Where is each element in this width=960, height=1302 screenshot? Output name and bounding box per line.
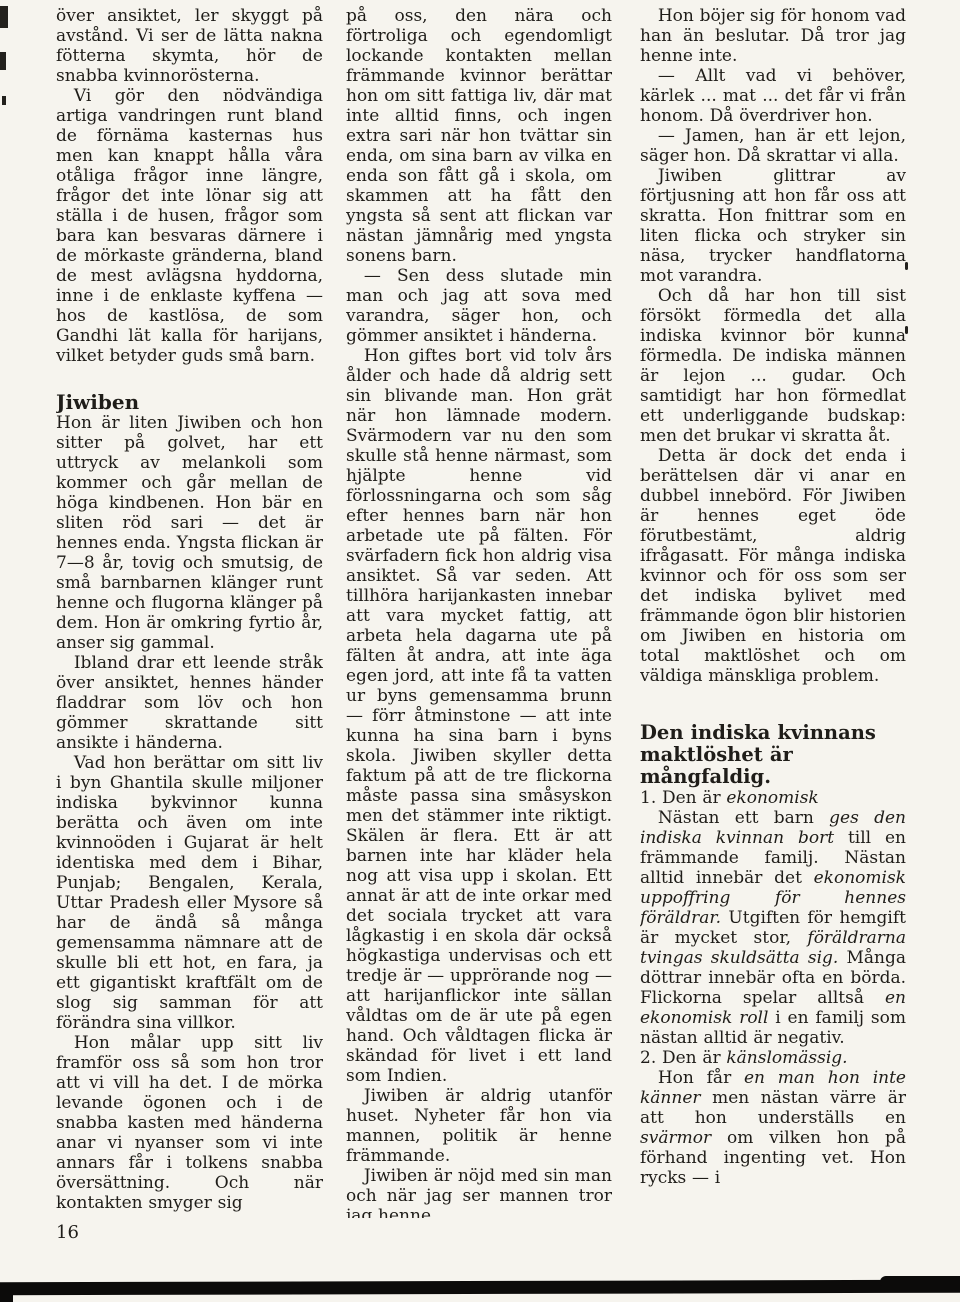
text-run: Nästan ett barn (658, 808, 829, 828)
page-edge-corner (0, 1283, 13, 1302)
paragraph: Jiwiben är aldrig utanför huset. Nyheter… (346, 1086, 612, 1166)
page-edge-bar-right (880, 1276, 960, 1286)
text-column-middle: på oss, den nära och förtroliga och egen… (346, 6, 612, 1218)
text-run-italic: känslomässig. (726, 1048, 847, 1068)
subheading-jiwiben: Jiwiben (56, 391, 323, 413)
paragraph: Ibland drar ett leende stråk över ansikt… (56, 653, 323, 753)
paragraph: över ansiktet, ler skyggt på avstånd. Vi… (56, 6, 323, 86)
text-run: 2. Den är (640, 1048, 726, 1068)
paragraph: Jiwiben glittrar av förtjusning att hon … (640, 166, 906, 286)
paragraph: Vi gör den nödvändiga artiga vandringen … (56, 86, 323, 366)
paragraph: Och då har hon till sist försökt förmedl… (640, 286, 906, 446)
scan-artifact (0, 52, 6, 70)
paragraph: Nästan ett barn ges den indiska kvinnan … (640, 808, 906, 1048)
paragraph: Hon giftes bort vid tolv års ålder och h… (346, 346, 612, 1086)
scanned-book-page: { "colors": { "paper": "#f6f4ee", "ink":… (0, 0, 960, 1302)
paragraph-dialogue: — Allt vad vi behöver, kärlek ... mat ..… (640, 66, 906, 126)
section-heading-line: mångfaldig. (640, 766, 906, 788)
scan-artifact (0, 6, 8, 28)
paragraph: Vad hon berättar om sitt liv i byn Ghant… (56, 753, 323, 1033)
section-heading-maktloshet: Den indiska kvinnans maktlöshet är mångf… (640, 722, 906, 788)
paragraph: Hon får en man hon inte känner men nästa… (640, 1068, 906, 1188)
text-run: 1. Den är (640, 788, 726, 808)
paragraph-dialogue: — Jamen, han är ett lejon, säger hon. Då… (640, 126, 906, 166)
text-run: Hon får (658, 1068, 744, 1088)
section-heading-line: Den indiska kvinnans (640, 722, 906, 744)
paragraph: Hon är liten Jiwiben och hon sitter på g… (56, 413, 323, 653)
paragraph: Jiwiben är nöjd med sin man och när jag … (346, 1166, 612, 1218)
section-heading-line: maktlöshet är (640, 744, 906, 766)
text-column-left: över ansiktet, ler skyggt på avstånd. Vi… (56, 6, 323, 1213)
text-run-italic: ekonomisk (726, 788, 818, 808)
paragraph: Hon målar upp sitt liv framför oss så so… (56, 1033, 323, 1213)
numbered-item-1: 1. Den är ekonomisk (640, 788, 906, 808)
scan-artifact (2, 96, 6, 105)
paragraph-dialogue: — Sen dess slutade min man och jag att s… (346, 266, 612, 346)
paragraph: på oss, den nära och förtroliga och egen… (346, 6, 612, 266)
scan-artifact (905, 262, 908, 270)
page-number: 16 (56, 1222, 79, 1243)
paragraph: Hon böjer sig för honom vad han än beslu… (640, 6, 906, 66)
scan-artifact (905, 326, 908, 334)
page-edge-bar (0, 1280, 960, 1296)
text-column-right: Hon böjer sig för honom vad han än beslu… (640, 6, 906, 1188)
text-run-italic: svärmor (640, 1128, 711, 1148)
numbered-item-2: 2. Den är känslomässig. (640, 1048, 906, 1068)
paragraph: Detta är dock det enda i berättelsen där… (640, 446, 906, 686)
